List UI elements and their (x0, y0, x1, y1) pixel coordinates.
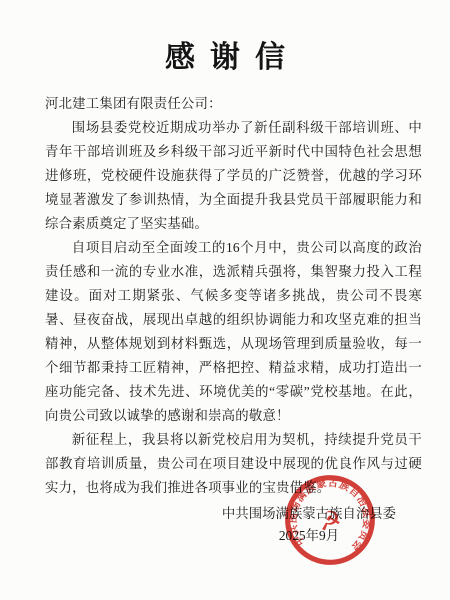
letter-body: 河北建工集团有限责任公司： 围场县委党校近期成功举办了新任副科级干部培训班、中青… (45, 92, 422, 500)
paragraph-1: 围场县委党校近期成功举办了新任副科级干部培训班、中青年干部培训班及乡科级干部习近… (45, 116, 422, 236)
signature-org: 中共围场满族蒙古族自治县委 (222, 503, 396, 525)
paragraph-3: 新征程上，我县将以新党校启用为契机，持续提升党员干部教育培训质量，贵公司在项目建… (45, 428, 422, 500)
paragraph-2: 自项目启动至全面竣工的16个月中，贵公司以高度的政治责任感和一流的专业水准，选派… (45, 236, 422, 428)
salutation: 河北建工集团有限责任公司： (45, 92, 422, 116)
letter-title: 感谢信 (0, 0, 450, 76)
signature-date: 2025年9月 (222, 525, 396, 547)
thank-you-letter-page: 感谢信 河北建工集团有限责任公司： 围场县委党校近期成功举办了新任副科级干部培训… (0, 0, 450, 600)
signature-block: 中共围场满族蒙古族自治县委 2025年9月 (222, 503, 396, 547)
